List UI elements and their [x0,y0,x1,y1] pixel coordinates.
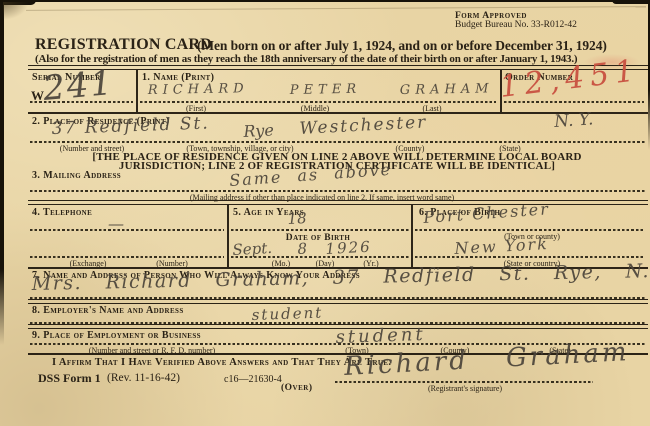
dob-year-value: 1926 [325,238,372,258]
contact-person-value: Mrs. Richard Graham, 37 Redfield St. Rye… [32,260,650,295]
residence-street-value: 37 Redfield St. [51,113,210,139]
card-title: REGISTRATION CARD [35,36,212,54]
residence-writing-line [30,141,645,143]
row456-divider-2 [411,205,413,267]
card-title-clause: (Men born on or after July 1, 1924, and … [197,38,607,54]
serial-writing-line [30,101,133,103]
card-subtitle: (Also for the registration of men as the… [35,53,577,65]
dob-line [231,256,409,258]
card-top-edge-shadow [26,6,646,11]
residence-state-value: N. Y. [554,109,594,132]
row456-divider-1 [227,205,229,267]
birth-state-value: New York [454,234,549,258]
over-label: (Over) [281,383,313,393]
residence-county-value: Westchester [299,112,428,139]
signature-line [335,381,593,383]
registration-card-scan: Form Approved Budget Bureau No. 33-R012-… [0,0,650,426]
scan-edge-top-right [612,0,650,4]
name-middle-value: PETER [290,82,361,98]
name-writing-line [140,101,496,103]
mailing-address-label: 3. Mailing Address [32,170,121,181]
corner-shadow [3,2,29,20]
print-code: c16—21630-4 [224,374,282,385]
budget-bureau-number: Budget Bureau No. 33-R012-42 [455,20,577,30]
age-value: 18 [287,209,307,228]
telephone-label: 4. Telephone [32,207,92,218]
mailing-double-rule [28,200,648,205]
mailing-writing-line [30,190,645,192]
age-line [231,229,409,231]
form-revision: (Rev. 11-16-42) [107,372,180,384]
scan-edge-top [0,0,650,2]
employment-label: 9. Place of Employment or Business [32,330,201,341]
row1-divider-1 [136,70,138,112]
name-last-value: GRAHAM [400,81,494,98]
form-number: DSS Form 1 [38,371,101,386]
birth-town-line [415,229,644,231]
birth-state-line [415,256,644,258]
affirmation-text: I Affirm That I Have Verified Above Answ… [52,357,391,368]
contact-double-rule [28,299,648,304]
scan-edge-left [0,0,4,345]
residence-town-value: Rye [243,120,274,141]
telephone-line-1 [30,229,224,231]
name-first-value: RICHARD [148,81,249,98]
signature-sublabel: (Registrant's signature) [428,384,502,393]
employer-label: 8. Employer's Name and Address [32,305,184,316]
employer-value: student [251,304,323,324]
telephone-line-2 [30,256,224,258]
